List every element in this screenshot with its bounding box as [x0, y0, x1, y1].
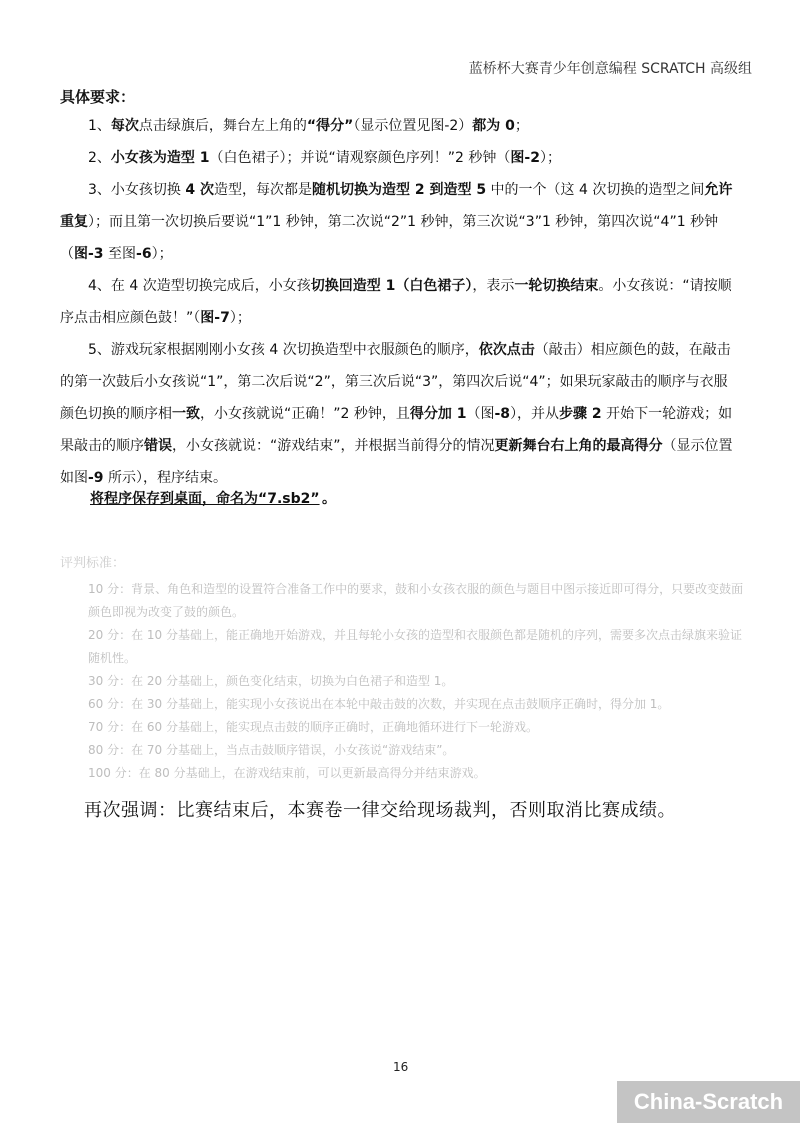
requirement-item-3: 3、小女孩切换 4 次造型，每次都是随机切换为造型 2 到造型 5 中的一个（这… [60, 174, 740, 270]
criteria-item-80: 80 分：在 70 分基础上，当点击鼓顺序错误，小女孩说“游戏结束”。 [88, 739, 748, 762]
text: ，表示 [472, 278, 514, 294]
criteria-item-10: 10 分：背景、角色和造型的设置符合准备工作中的要求，鼓和小女孩衣服的颜色与题目… [88, 578, 748, 624]
bold-text: 依次点击 [479, 342, 535, 358]
bold-text: 更新舞台右上角的最高得分 [495, 438, 663, 454]
text: 5、游戏玩家根据刚刚小女孩 4 次切换造型中衣服颜色的顺序， [88, 342, 479, 358]
text: 造型，每次都是 [214, 182, 312, 198]
text: ）； [152, 246, 173, 262]
bold-text: -6 [136, 246, 152, 262]
bold-text: 切换回造型 1（白色裙子） [311, 278, 473, 294]
bold-text: 每次 [111, 118, 139, 134]
bold-text: -8 [495, 406, 511, 422]
text: 4、在 4 次造型切换完成后，小女孩 [88, 278, 311, 294]
emphasis-notice: 再次强调：比赛结束后，本赛卷一律交给现场裁判，否则取消比赛成绩。 [84, 796, 676, 822]
criteria-item-20: 20 分：在 10 分基础上，能正确地开始游戏，并且每轮小女孩的造型和衣服颜色都… [88, 624, 748, 670]
save-instruction: 将程序保存到桌面，命名为“7.sb2” [90, 488, 320, 508]
bold-text: 一轮切换结束 [514, 278, 598, 294]
watermark-logo: China-Scratch [617, 1081, 800, 1123]
requirement-item-2: 2、小女孩为造型 1（白色裙子）；并说“请观察颜色序列！”2 秒钟（图-2）； [60, 142, 740, 174]
save-instruction-text: 将程序保存到桌面，命名为“7.sb2” [90, 491, 320, 507]
requirement-item-5: 5、游戏玩家根据刚刚小女孩 4 次切换造型中衣服颜色的顺序，依次点击（敲击）相应… [60, 334, 740, 494]
text: （显示位置见图-2） [353, 118, 472, 134]
text: 至图 [104, 246, 136, 262]
bold-text: 图-3 [74, 246, 104, 262]
text: 2、 [88, 150, 111, 166]
text: ，小女孩就说：“游戏结束”，并根据当前得分的情况 [172, 438, 495, 454]
text: 点击绿旗后，舞台左上角的 [139, 118, 307, 134]
requirement-item-1: 1、每次点击绿旗后，舞台左上角的“得分”（显示位置见图-2）都为 0； [60, 110, 740, 142]
text: ）； [230, 310, 251, 326]
criteria-item-70: 70 分：在 60 分基础上，能实现点击鼓的顺序正确时，正确地循环进行下一轮游戏… [88, 716, 748, 739]
text: ），并从 [510, 406, 559, 422]
bold-text: 得分加 1 [410, 406, 467, 422]
text: （白色裙子）；并说“请观察颜色序列！”2 秒钟（ [210, 150, 511, 166]
text: 所示），程序结束。 [104, 470, 227, 486]
page-number: 16 [393, 1060, 408, 1074]
document-header: 蓝桥杯大赛青少年创意编程 SCRATCH 高级组 [469, 58, 752, 78]
text: 3、小女孩切换 [88, 182, 185, 198]
bold-text: “得分” [307, 118, 353, 134]
criteria-item-30: 30 分：在 20 分基础上，颜色变化结束，切换为白色裙子和造型 1。 [88, 670, 748, 693]
bold-text: 小女孩为造型 1 [111, 150, 210, 166]
text: ； [515, 118, 529, 134]
bold-text: 步骤 2 [559, 406, 602, 422]
criteria-title: 评判标准： [60, 552, 125, 571]
criteria-item-100: 100 分：在 80 分基础上，在游戏结束前，可以更新最高得分并结束游戏。 [88, 762, 748, 785]
bold-text: 都为 0 [472, 118, 515, 134]
save-instruction-period: 。 [322, 488, 336, 508]
text: 中的一个（这 4 次切换的造型之间 [486, 182, 704, 198]
bold-text: 图-2 [510, 150, 540, 166]
bold-text: 随机切换为造型 2 到造型 5 [312, 182, 486, 198]
text: （图 [467, 406, 495, 422]
bold-text: 4 次 [185, 182, 214, 198]
bold-text: 错误 [144, 438, 172, 454]
text: 1、 [88, 118, 111, 134]
requirement-item-4: 4、在 4 次造型切换完成后，小女孩切换回造型 1（白色裙子），表示一轮切换结束… [60, 270, 740, 334]
text: ，小女孩就说“正确！”2 秒钟，且 [200, 406, 410, 422]
bold-text: 图-7 [200, 310, 230, 326]
requirements-title: 具体要求： [60, 86, 135, 107]
bold-text: -9 [88, 470, 104, 486]
text: ）； [540, 150, 561, 166]
criteria-item-60: 60 分：在 30 分基础上，能实现小女孩说出在本轮中敲击鼓的次数，并实现在点击… [88, 693, 748, 716]
bold-text: 一致 [172, 406, 200, 422]
